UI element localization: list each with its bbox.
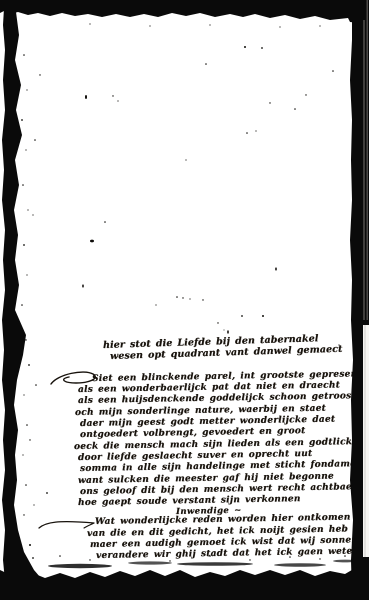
scanned-manuscript-page: hier stot die Liefde bij den tabernakel … — [0, 0, 369, 600]
handwritten-text-block: hier stot die Liefde bij den tabernakel … — [0, 0, 369, 600]
